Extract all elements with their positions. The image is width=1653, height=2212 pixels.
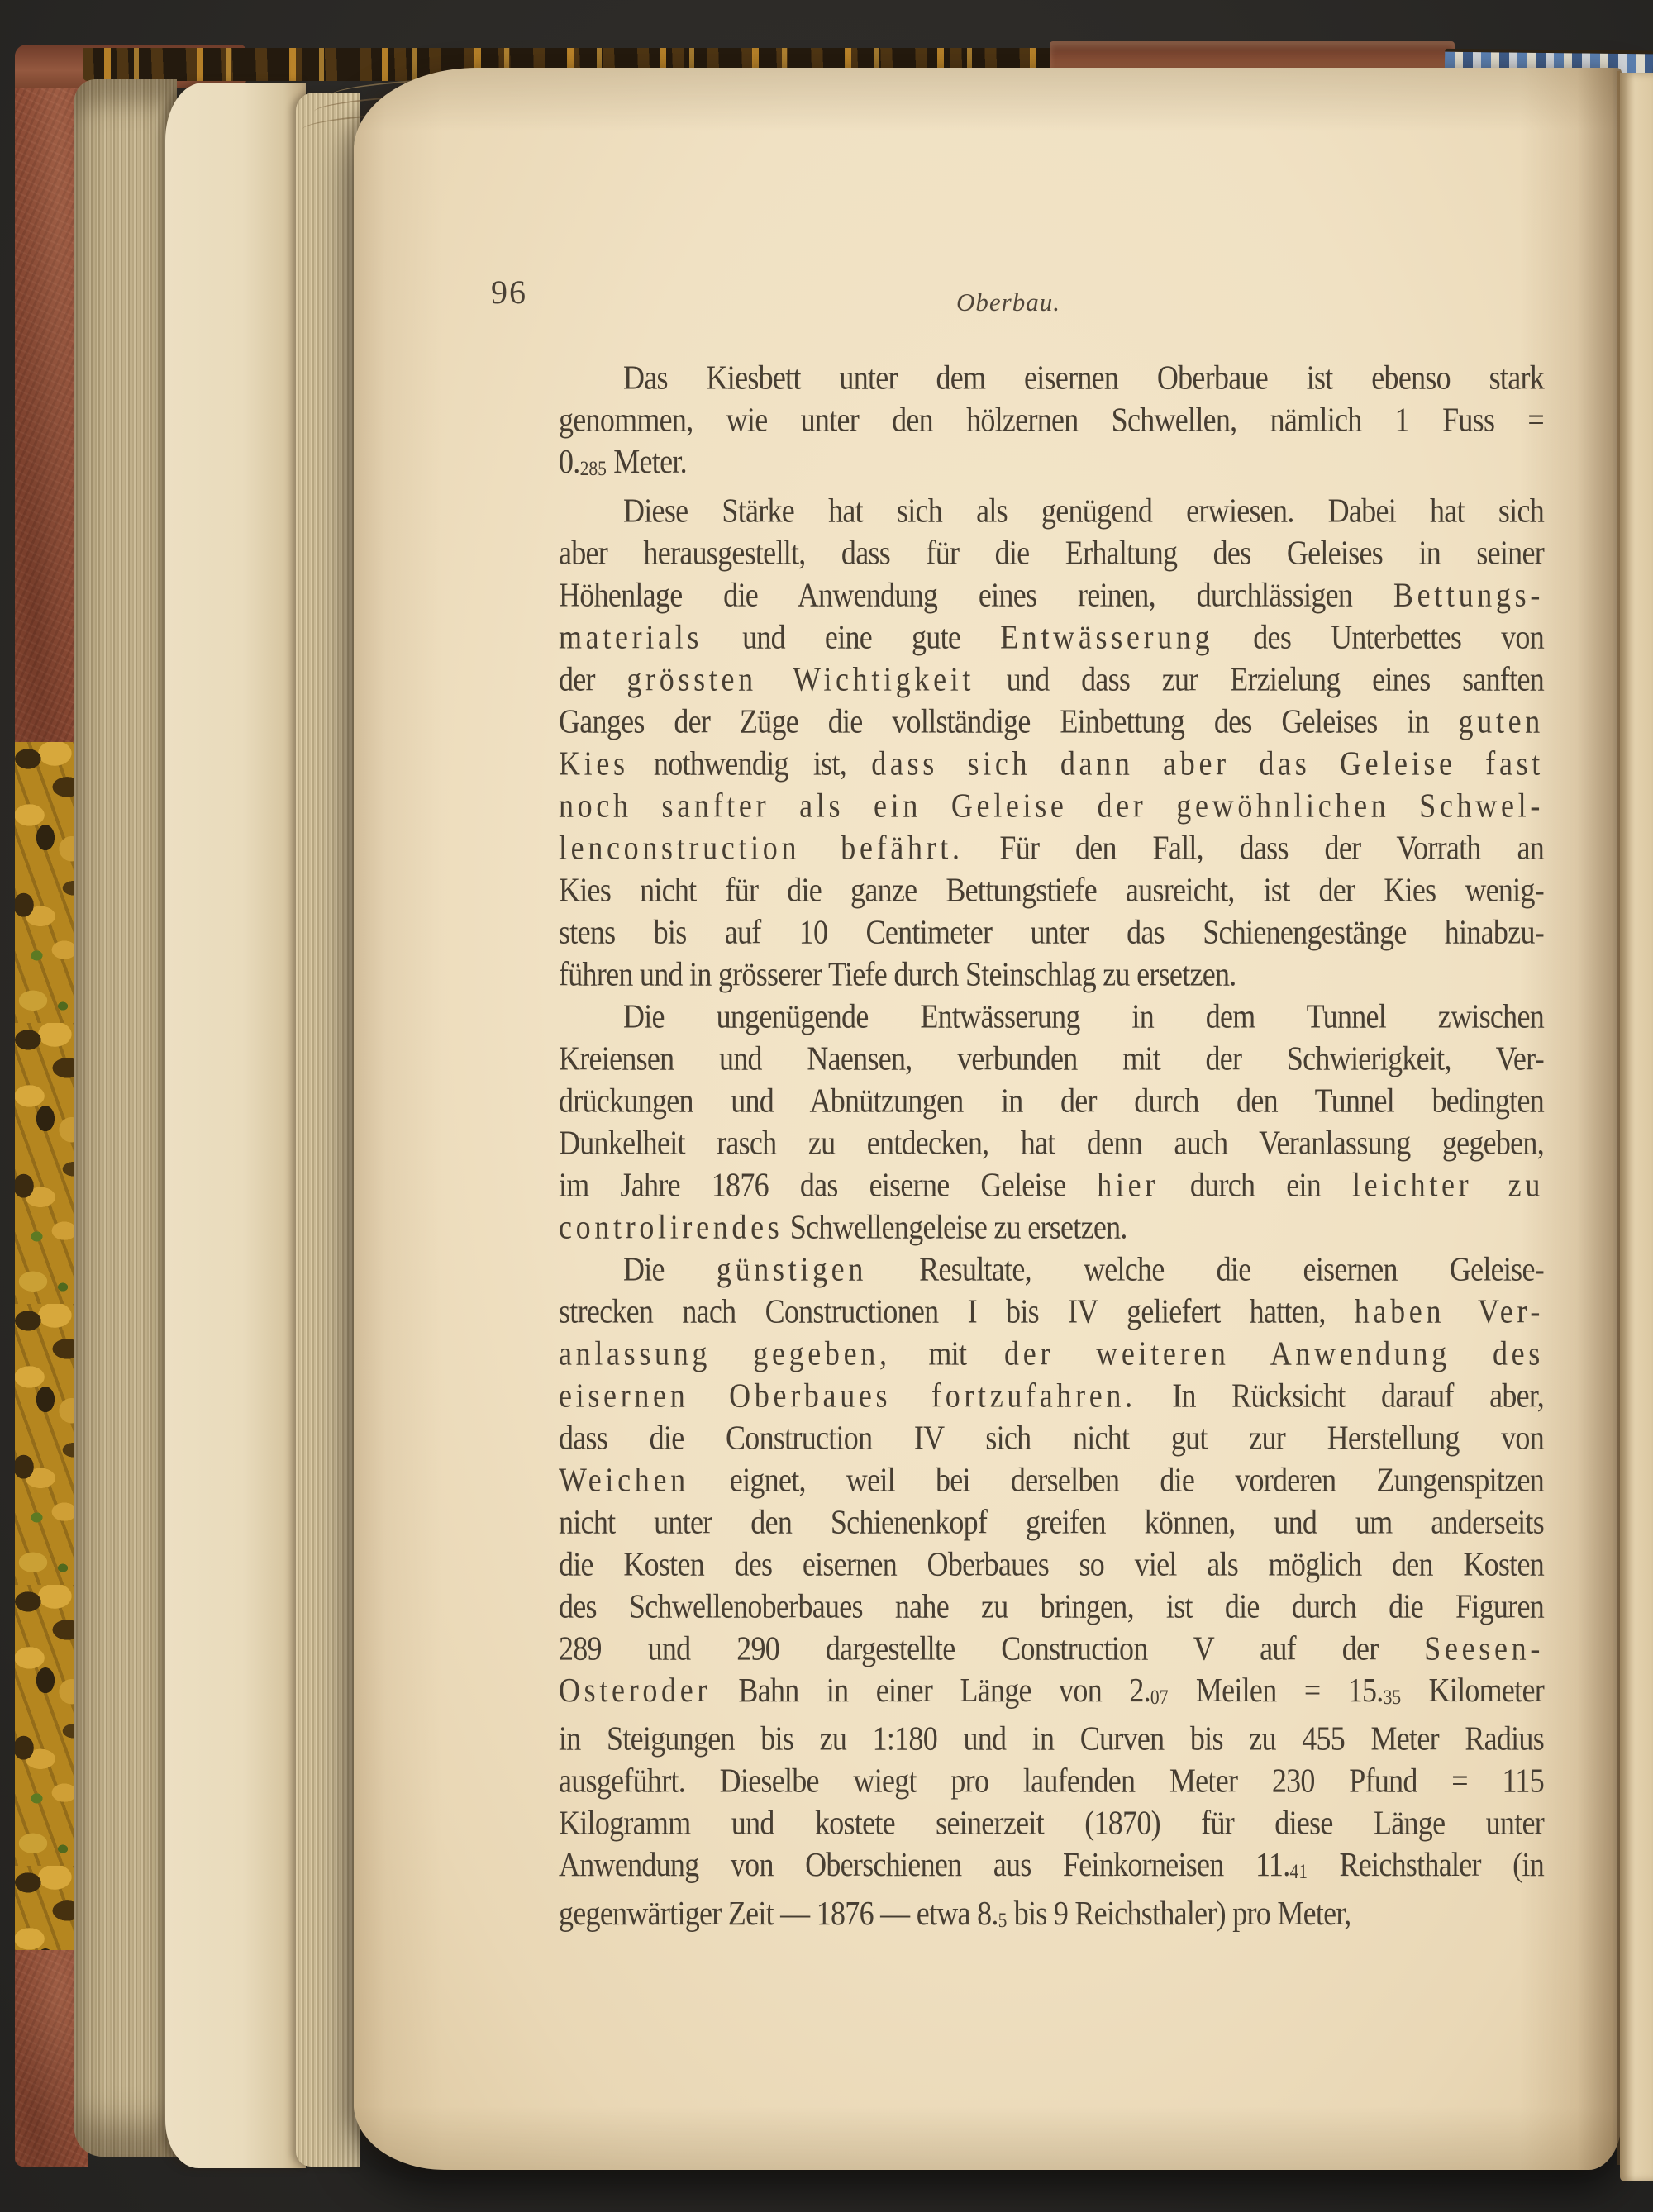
text-line: dass die Construction IV sich nicht gut …	[559, 1414, 1544, 1463]
text-line: die Kosten des eisernen Oberbaues so vie…	[559, 1540, 1544, 1589]
gutter-crease	[1617, 71, 1620, 2165]
text-line: gegenwärtiger Zeit — 1876 — etwa 8.5 bis…	[559, 1889, 1544, 1944]
text-line: strecken nach Constructionen I bis IV ge…	[559, 1287, 1544, 1336]
text-line: Ganges der Züge die vollständige Einbett…	[559, 697, 1544, 746]
text-line: führen und in grösserer Tiefe durch Stei…	[559, 950, 1544, 999]
text-line: Die ungenügende Entwässerung in dem Tunn…	[559, 992, 1544, 1041]
text-line: der grössten Wichtigkeit und dass zur Er…	[559, 655, 1544, 704]
text-line: eisernen Oberbaues fortzufahren. In Rück…	[559, 1372, 1544, 1420]
text-line: im Jahre 1876 das eiserne Geleise hier d…	[559, 1161, 1544, 1210]
text-line: Diese Stärke hat sich als genügend erwie…	[559, 487, 1544, 535]
text-line: Kies nicht für die ganze Bettungstiefe a…	[559, 866, 1544, 915]
page-block-fore-edge	[74, 79, 177, 2157]
text-line: drückungen und Abnützungen in der durch …	[559, 1077, 1544, 1125]
text-line: Kreiensen und Naensen, verbunden mit der…	[559, 1035, 1544, 1083]
running-header: Oberbau.	[901, 288, 1116, 317]
text-line: Kies nothwendig ist, dass sich dann aber…	[559, 740, 1544, 788]
text-line: controlirendes Schwellengeleise zu erset…	[559, 1203, 1544, 1252]
text-line: Weichen eignet, weil bei derselben die v…	[559, 1456, 1544, 1505]
text-line: des Schwellenoberbaues nahe zu bringen, …	[559, 1582, 1544, 1631]
text-line: stens bis auf 10 Centimeter unter das Sc…	[559, 908, 1544, 957]
text-line: in Steigungen bis zu 1:180 und in Curven…	[559, 1715, 1544, 1763]
text-line: Osteroder Bahn in einer Länge von 2.07 M…	[559, 1666, 1544, 1721]
text-block: Das Kiesbett unter dem eisernen Oberbaue…	[559, 357, 1544, 1941]
text-line: Höhenlage die Anwendung eines reinen, du…	[559, 571, 1544, 620]
page-number: 96	[491, 273, 527, 312]
text-line: nicht unter den Schienenkopf greifen kön…	[559, 1498, 1544, 1547]
book-scan-scene: 96 Oberbau. Das Kiesbett unter dem eiser…	[0, 0, 1653, 2212]
text-line: Dunkelheit rasch zu entdecken, hat denn …	[559, 1119, 1544, 1168]
text-line: noch sanfter als ein Geleise der gewöhnl…	[559, 782, 1544, 830]
text-line: 0.285 Meter.	[559, 438, 1544, 493]
underlying-page	[165, 83, 306, 2168]
text-line: anlassung gegeben, mit der weiteren Anwe…	[559, 1330, 1544, 1378]
text-line: Anwendung von Oberschienen aus Feinkorne…	[559, 1841, 1544, 1896]
text-line: ausgeführt. Dieselbe wiegt pro laufenden…	[559, 1757, 1544, 1805]
page-block-inner-edge	[296, 93, 360, 2167]
text-line: aber herausgestellt, dass für die Erhalt…	[559, 529, 1544, 578]
text-line: Die günstigen Resultate, welche die eise…	[559, 1245, 1544, 1294]
next-page-sliver	[1620, 73, 1653, 2181]
text-line: lenconstruction befährt. Für den Fall, d…	[559, 824, 1544, 873]
text-line: Das Kiesbett unter dem eisernen Oberbaue…	[559, 354, 1544, 402]
text-line: materials und eine gute Entwässerung des…	[559, 613, 1544, 662]
text-line: 289 und 290 dargestellte Construction V …	[559, 1625, 1544, 1673]
